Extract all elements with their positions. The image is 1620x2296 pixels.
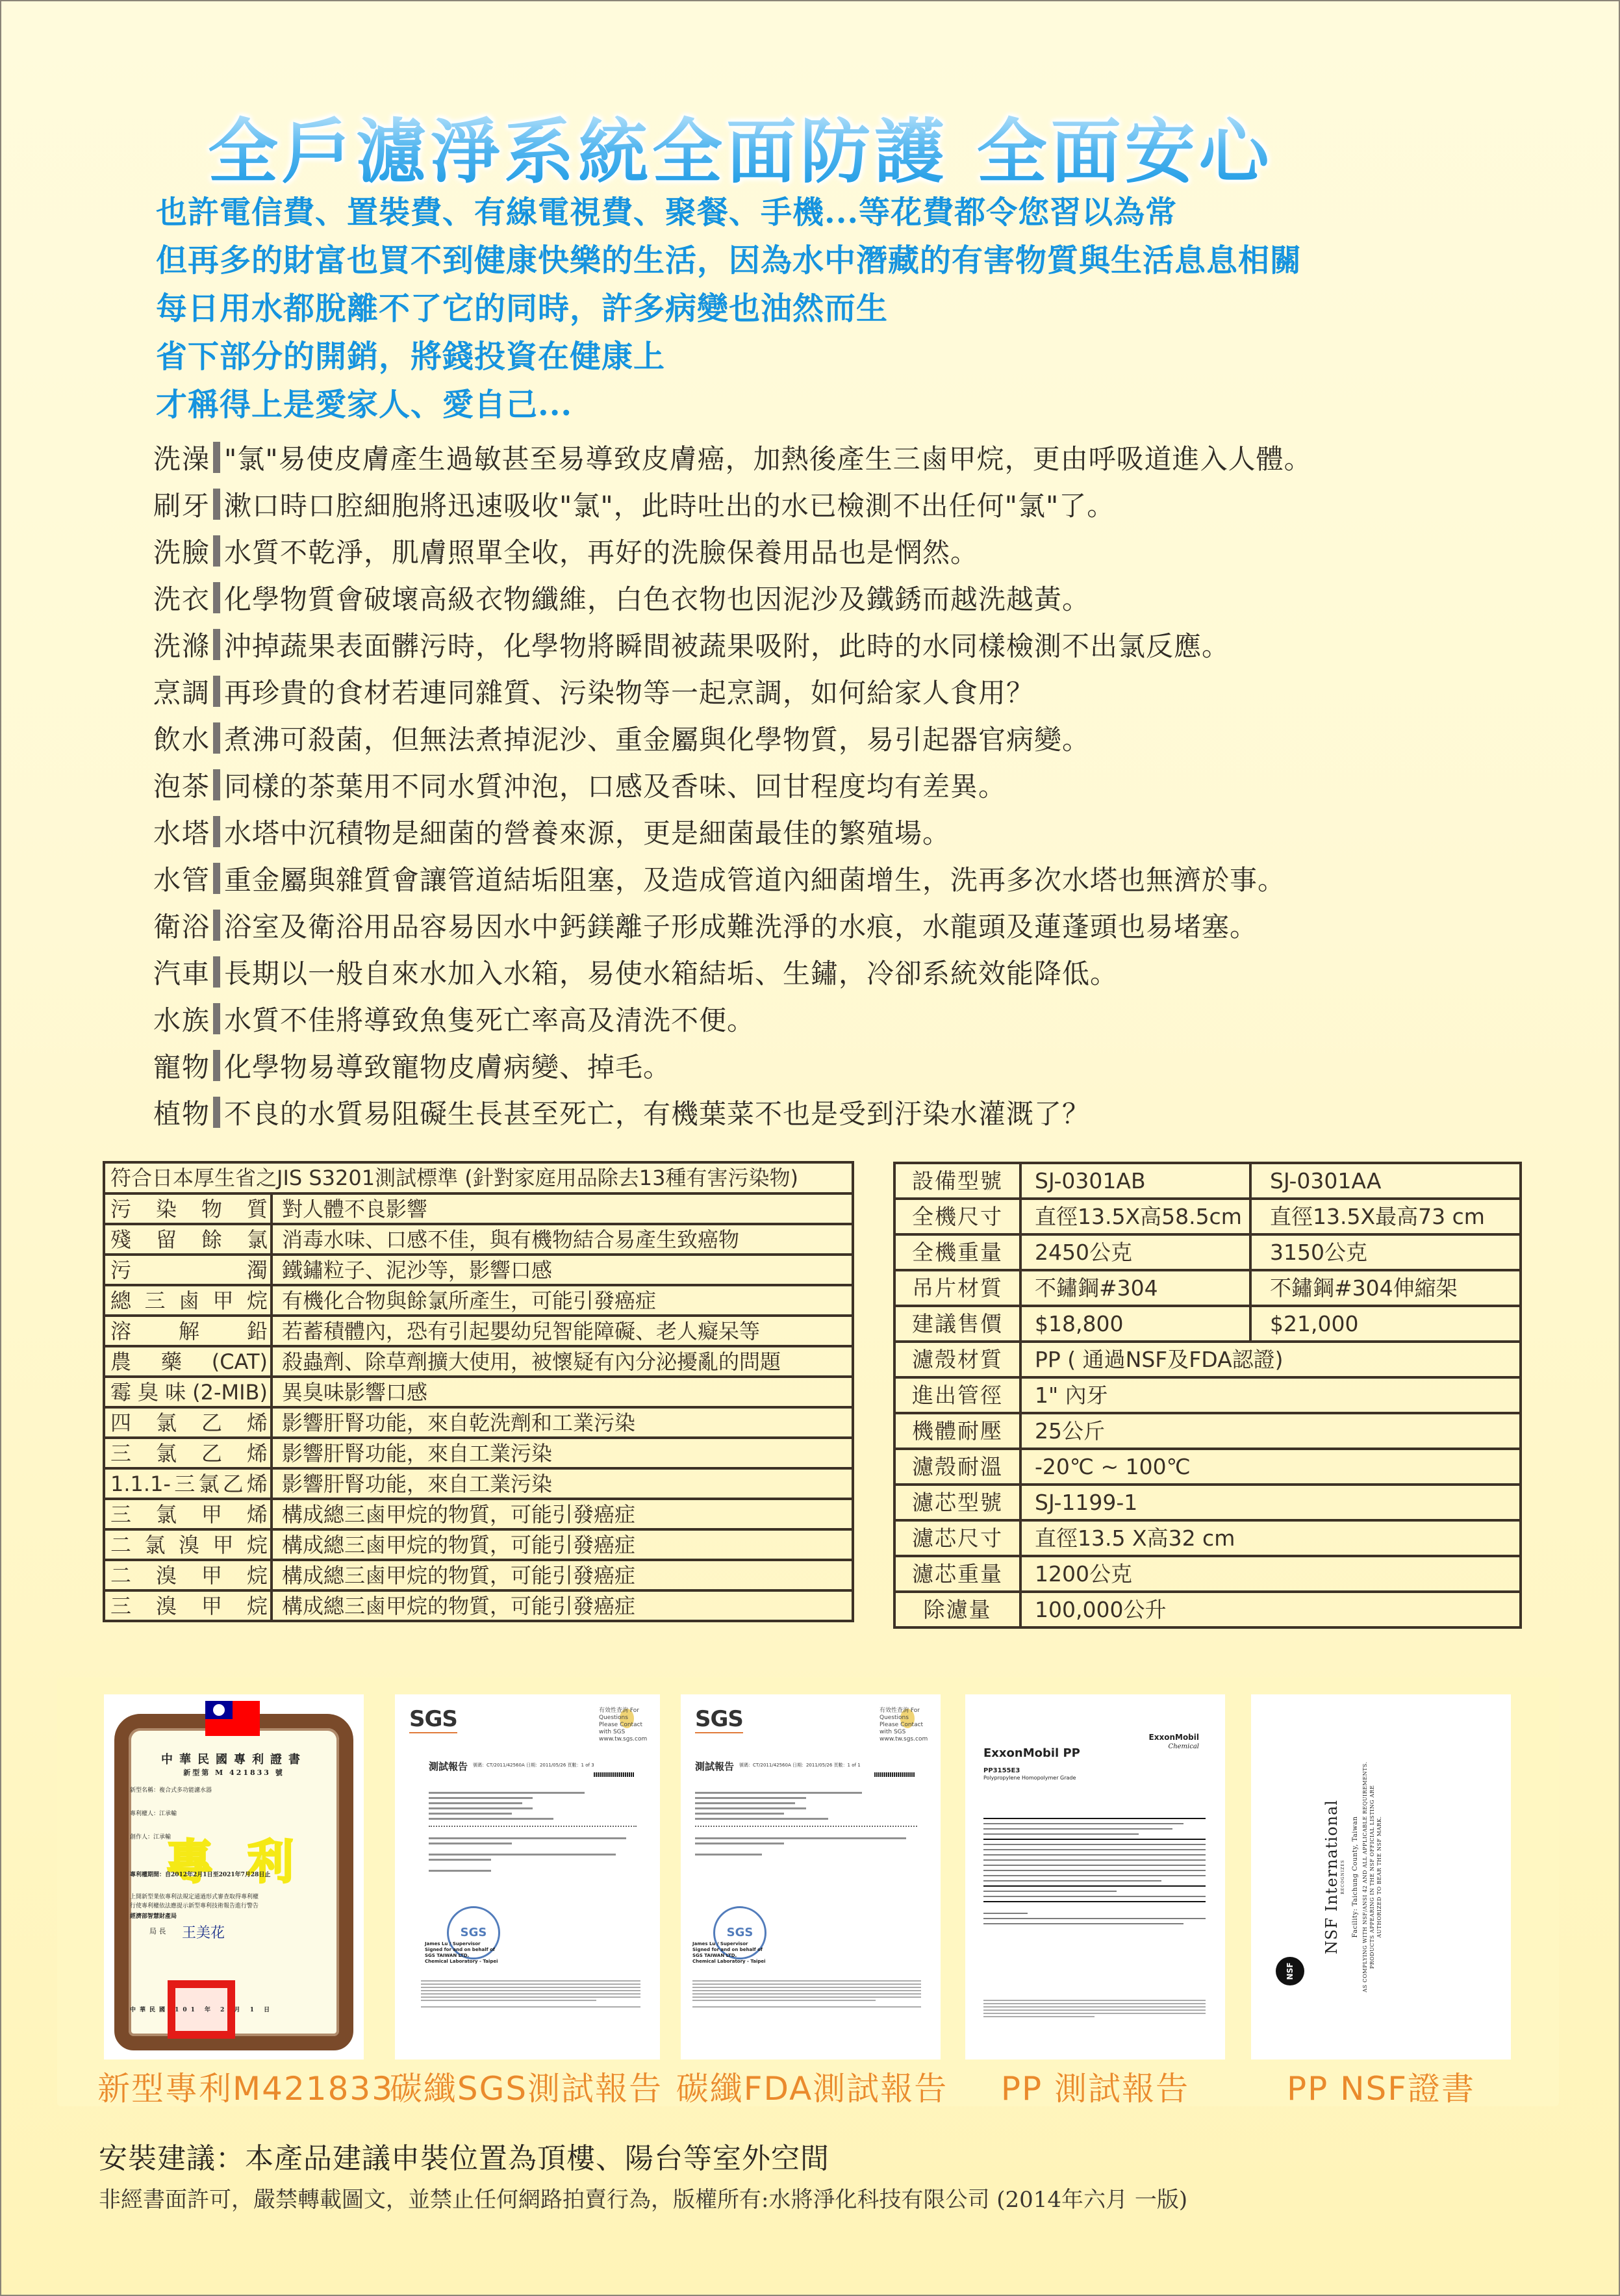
patent-date: 中華民國 101 年 2 月 1 日 — [130, 2005, 273, 2013]
separator-bar — [213, 722, 220, 754]
separator-bar — [213, 629, 220, 660]
substance-cell: 總三鹵甲烷 — [104, 1285, 272, 1316]
list-item: 洗滌沖掉蔬果表面髒污時，化學物將瞬間被蔬果吸附，此時的水同樣檢測不出氯反應。 — [153, 621, 1312, 668]
separator-bar — [213, 535, 220, 567]
patent-number: 新型第 M 421833 號 — [136, 1767, 331, 1778]
use-desc: 重金屬與雜質會讓管道結垢阻塞，及造成管道內細菌增生，洗再多次水塔也無濟於事。 — [224, 859, 1285, 898]
signer-line: SGS TAIWAN LTD. — [425, 1953, 498, 1959]
nsf-line: AUTHORIZED TO BEAR THE NSF MARK. — [1376, 1708, 1383, 2046]
use-desc: 水質不佳將導致魚隻死亡率高及清洗不便。 — [224, 999, 755, 1038]
list-item: 水族水質不佳將導致魚隻死亡率高及清洗不便。 — [153, 995, 1312, 1042]
list-item: 洗衣化學物質會破壞高級衣物纖維，白色衣物也因泥沙及鐵銹而越洗越黃。 — [153, 574, 1312, 621]
table-row: 濾殼材質PP ( 通過NSF及FDA認證) — [894, 1342, 1521, 1377]
use-key: 水塔 — [153, 812, 210, 851]
nsf-certificate: NSF International RECOGNIZES Facility: T… — [1251, 1694, 1511, 2060]
table-row: 濾芯尺寸直徑13.5 X高32 cm — [894, 1520, 1521, 1556]
table-row: 濾殼耐溫-20℃ ~ 100℃ — [894, 1449, 1521, 1485]
nsf-logo-icon: NSF — [1276, 1957, 1304, 1985]
signer-line: Chemical Laboratory - Taipei — [425, 1959, 498, 1965]
table-row: 污濁鐵鏽粒子、泥沙等，影響口感 — [104, 1255, 853, 1285]
use-desc: "氯"易使皮膚產生過敏甚至易導致皮膚癌，加熱後產生三鹵甲烷，更由呼吸道進入人體。 — [224, 438, 1312, 477]
fine-print — [421, 1980, 640, 2009]
barcode-icon — [594, 1772, 634, 1777]
report-body — [695, 1792, 917, 1823]
spec-label: 除濾量 — [894, 1592, 1020, 1627]
effect-cell: 構成總三鹵甲烷的物質，可能引發癌症 — [272, 1499, 853, 1529]
table-row: 二氯溴甲烷構成總三鹵甲烷的物質，可能引發癌症 — [104, 1529, 853, 1560]
separator-bar — [213, 582, 220, 613]
table-row: 1.1.1-三氯乙烯影響肝腎功能，來自工業污染 — [104, 1468, 853, 1499]
use-key: 衛浴 — [153, 906, 210, 945]
report-body — [429, 1792, 637, 1823]
list-item: 水管重金屬與雜質會讓管道結垢阻塞，及造成管道內細菌增生，洗再多次水塔也無濟於事。 — [153, 855, 1312, 902]
substance-cell: 1.1.1-三氯乙烯 — [104, 1468, 272, 1499]
copyright-note: 非經書面許可，嚴禁轉載圖文，並禁止任何網路拍賣行為，版權所有:水將淨化科技有限公… — [99, 2182, 1187, 2213]
table-row: 全機重量2450公克3150公克 — [894, 1234, 1521, 1270]
spec-value: 1200公克 — [1020, 1556, 1521, 1592]
table-row: 進出管徑1" 內牙 — [894, 1377, 1521, 1413]
spec-value: 25公斤 — [1020, 1413, 1521, 1449]
nsf-sub: RECOGNIZES — [1341, 1708, 1345, 2046]
brand: ExxonMobil — [1149, 1733, 1199, 1742]
brand-sub: Chemical — [1169, 1743, 1199, 1750]
list-item: 水塔水塔中沉積物是細菌的營養來源，更是細菌最佳的繁殖場。 — [153, 808, 1312, 855]
substance-cell: 污濁 — [104, 1255, 272, 1285]
separator-bar — [213, 816, 220, 847]
separator-bar — [213, 956, 220, 988]
fda-report: SGS 有效性查詢 For Questions Please Contact w… — [681, 1694, 941, 2060]
table-row: 污染物質對人體不良影響 — [104, 1193, 853, 1224]
use-key: 水管 — [153, 859, 210, 898]
report-body — [695, 1837, 917, 1859]
patent-name-line: 新型名稱：複合式多功能濾水器 — [130, 1785, 212, 1794]
table-row: 農藥(CAT)殺蟲劑、除草劑擴大使用，被懷疑有內分泌擾亂的問題 — [104, 1346, 853, 1377]
spec-label: 濾芯型號 — [894, 1485, 1020, 1520]
barcode-icon — [874, 1772, 915, 1777]
patent-note-line: 上開新型業依專利法規定通過形式審查取得專利權 — [130, 1892, 259, 1900]
divider — [429, 1826, 637, 1827]
use-key: 洗臉 — [153, 531, 210, 570]
table-row: 機體耐壓25公斤 — [894, 1413, 1521, 1449]
use-desc: 煮沸可殺菌，但無法煮掉泥沙、重金屬與化學物質，易引起器官病變。 — [224, 719, 1090, 758]
patent-watermark: 利 — [247, 1824, 294, 1892]
use-desc: 化學物質會破壞高級衣物纖維，白色衣物也因泥沙及鐵銹而越洗越黃。 — [224, 578, 1090, 617]
patent-creator-line: 創作人：江承輸 — [130, 1832, 171, 1841]
install-note: 安裝建議：本產品建議申裝位置為頂樓、陽台等室外空間 — [99, 2135, 829, 2176]
signer-line: Signed for and on behalf of — [692, 1947, 766, 1953]
list-item: 烹調再珍貴的食材若連同雜質、污染物等一起烹調，如何給家人食用？ — [153, 668, 1312, 715]
report-meta: 號碼：CT/2011/42560A 日期：2011/05/26 頁數：1 of … — [739, 1762, 861, 1768]
spec-label: 進出管徑 — [894, 1377, 1020, 1413]
substance-cell: 溶解鉛 — [104, 1316, 272, 1346]
table-row: 建議售價$18,800$21,000 — [894, 1306, 1521, 1342]
patent-certificate: 專 利 中華民國專利證書 新型第 M 421833 號 新型名稱：複合式多功能濾… — [104, 1694, 364, 2060]
list-item: 飲水煮沸可殺菌，但無法煮掉泥沙、重金屬與化學物質，易引起器官病變。 — [153, 715, 1312, 761]
report-signer: James Lu / Supervisor Signed for and on … — [425, 1941, 498, 1965]
water-uses-list: 洗澡"氯"易使皮膚產生過敏甚至易導致皮膚癌，加熱後產生三鹵甲烷，更由呼吸道進入人… — [153, 434, 1312, 1136]
substance-cell: 四氯乙烯 — [104, 1407, 272, 1438]
substance-cell: 霉臭味(2-MIB) — [104, 1377, 272, 1407]
spec-value: 100,000公升 — [1020, 1592, 1521, 1627]
spec-table: 設備型號SJ-0301ABSJ-0301AA 全機尺寸直徑13.5X高58.5c… — [893, 1162, 1522, 1629]
table-row: 總三鹵甲烷有機化合物與餘氯所產生，可能引發癌症 — [104, 1285, 853, 1316]
intro-block: 也許電信費、置裝費、有線電視費、聚餐、手機...等花費都令您習以為常 但再多的財… — [156, 188, 1302, 429]
use-key: 汽車 — [153, 952, 210, 991]
grade-code: PP3155E3 — [983, 1767, 1076, 1774]
spec-label: 濾殼材質 — [894, 1342, 1020, 1377]
separator-bar — [213, 769, 220, 800]
report-title: ExxonMobil PP — [983, 1746, 1080, 1760]
pp-test-report: ExxonMobil Chemical ExxonMobil PP PP3155… — [965, 1694, 1225, 2060]
nsf-line: PRODUCTS APPEARING IN THE NSF OFFICIAL L… — [1369, 1708, 1376, 2046]
effect-cell: 殺蟲劑、除草劑擴大使用，被懷疑有內分泌擾亂的問題 — [272, 1346, 853, 1377]
intro-line: 才稱得上是愛家人、愛自己... — [156, 381, 1302, 429]
effect-cell: 構成總三鹵甲烷的物質，可能引發癌症 — [272, 1590, 853, 1621]
effect-cell: 影響肝腎功能，來自工業污染 — [272, 1438, 853, 1468]
substance-cell: 殘留餘氯 — [104, 1224, 272, 1255]
properties-table — [983, 1817, 1206, 1928]
separator-bar — [213, 442, 220, 473]
signer-name: James Lu / Supervisor — [425, 1941, 498, 1947]
effect-cell: 鐵鏽粒子、泥沙等，影響口感 — [272, 1255, 853, 1285]
table-row: 設備型號SJ-0301ABSJ-0301AA — [894, 1163, 1521, 1199]
spec-value-aa: SJ-0301AA — [1250, 1163, 1521, 1199]
use-desc: 不良的水質易阻礙生長甚至死亡，有機葉菜不也是受到汙染水灌溉了？ — [224, 1093, 1090, 1132]
product-grade: PP3155E3 Polypropylene Homopolymer Grade — [983, 1767, 1076, 1781]
spec-label: 設備型號 — [894, 1163, 1020, 1199]
spec-label: 全機尺寸 — [894, 1199, 1020, 1234]
use-key: 寵物 — [153, 1046, 210, 1085]
substance-cell: 三溴甲烷 — [104, 1590, 272, 1621]
patent-owner-line: 專利權人：江承輸 — [130, 1809, 177, 1817]
spec-value-aa: $21,000 — [1250, 1306, 1521, 1342]
list-item: 泡茶同樣的茶葉用不同水質沖泡，口感及香味、回甘程度均有差異。 — [153, 761, 1312, 808]
spec-value: SJ-1199-1 — [1020, 1485, 1521, 1520]
substance-cell: 三氯甲烯 — [104, 1499, 272, 1529]
spec-value-ab: 2450公克 — [1020, 1234, 1250, 1270]
use-key: 洗澡 — [153, 438, 210, 477]
effect-cell: 影響肝腎功能，來自工業污染 — [272, 1468, 853, 1499]
fine-print — [983, 2000, 1206, 2019]
report-body — [429, 1837, 637, 1875]
effect-cell: 異臭味影響口感 — [272, 1377, 853, 1407]
spec-value: -20℃ ~ 100℃ — [1020, 1449, 1521, 1485]
spec-label: 濾殼耐溫 — [894, 1449, 1020, 1485]
cert-label: PP 測試報告 — [965, 2066, 1225, 2111]
table-row: 吊片材質不鏽鋼#304不鏽鋼#304伸縮架 — [894, 1270, 1521, 1306]
table-row: 霉臭味(2-MIB)異臭味影響口感 — [104, 1377, 853, 1407]
sgs-report: SGS 有效性查詢 For Questions Please Contact w… — [395, 1694, 660, 2060]
cert-label: 碳纖SGS測試報告 — [383, 2066, 669, 2111]
table-header-row: 符合日本厚生省之JIS S3201測試標準 (針對家庭用品除去13種有害污染物) — [104, 1162, 853, 1193]
use-key: 飲水 — [153, 719, 210, 758]
signer-line: Signed for and on behalf of — [425, 1947, 498, 1953]
nsf-facility: Facility: Taichung County, Taiwan — [1352, 1708, 1359, 2046]
substance-cell: 二溴甲烷 — [104, 1560, 272, 1590]
patent-office: 經濟部智慧財產局 — [130, 1911, 177, 1920]
use-desc: 沖掉蔬果表面髒污時，化學物將瞬間被蔬果吸附，此時的水同樣檢測不出氯反應。 — [224, 625, 1230, 664]
list-item: 植物不良的水質易阻礙生長甚至死亡，有機葉菜不也是受到汙染水灌溉了？ — [153, 1089, 1312, 1136]
sgs-logo: SGS — [409, 1706, 457, 1733]
table-row: 三氯甲烯構成總三鹵甲烷的物質，可能引發癌症 — [104, 1499, 853, 1529]
cert-label: 碳纖FDA測試報告 — [676, 2066, 948, 2111]
spec-value: PP ( 通過NSF及FDA認證) — [1020, 1342, 1521, 1377]
separator-bar — [213, 1097, 220, 1128]
spec-value-aa: 直徑13.5X最高73 cm — [1250, 1199, 1521, 1234]
sgs-logo: SGS — [695, 1706, 743, 1733]
effect-cell: 對人體不良影響 — [272, 1193, 853, 1224]
spec-label: 機體耐壓 — [894, 1413, 1020, 1449]
signer-name: James Lu / Supervisor — [692, 1941, 766, 1947]
use-desc: 再珍貴的食材若連同雜質、污染物等一起烹調，如何給家人食用？ — [224, 672, 1034, 711]
spec-value-ab: 直徑13.5X高58.5cm — [1020, 1199, 1250, 1234]
effect-cell: 有機化合物與餘氯所產生，可能引發癌症 — [272, 1285, 853, 1316]
table-row: 三氯乙烯影響肝腎功能，來自工業污染 — [104, 1438, 853, 1468]
use-key: 刷牙 — [153, 485, 210, 524]
spec-value-aa: 3150公克 — [1250, 1234, 1521, 1270]
use-key: 泡茶 — [153, 765, 210, 804]
table-header: 符合日本厚生省之JIS S3201測試標準 (針對家庭用品除去13種有害污染物) — [104, 1162, 853, 1193]
effect-cell: 影響肝腎功能，來自乾洗劑和工業污染 — [272, 1407, 853, 1438]
use-desc: 漱口時口腔細胞將迅速吸收"氯"，此時吐出的水已檢測不出任何"氯"了。 — [224, 485, 1115, 524]
grade-desc: Polypropylene Homopolymer Grade — [983, 1774, 1076, 1781]
table-row: 全機尺寸直徑13.5X高58.5cm直徑13.5X最高73 cm — [894, 1199, 1521, 1234]
patent-director-title: 局 長 — [149, 1926, 166, 1936]
intro-line: 省下部分的開銷，將錢投資在健康上 — [156, 333, 1302, 381]
spec-label: 濾芯尺寸 — [894, 1520, 1020, 1556]
effect-cell: 消毒水味、口感不佳，與有機物結合易產生致癌物 — [272, 1224, 853, 1255]
patent-period-line: 專利權期間：自2012年2月1日至2021年7月28日止 — [130, 1870, 270, 1878]
list-item: 衛浴浴室及衛浴用品容易因水中鈣鎂離子形成難洗淨的水痕，水龍頭及蓮蓬頭也易堵塞。 — [153, 902, 1312, 949]
exxonmobil-logo: ExxonMobil Chemical — [1149, 1733, 1199, 1751]
separator-bar — [213, 676, 220, 707]
spec-label: 全機重量 — [894, 1234, 1020, 1270]
intro-line: 也許電信費、置裝費、有線電視費、聚餐、手機...等花費都令您習以為常 — [156, 188, 1302, 236]
substance-cell: 二氯溴甲烷 — [104, 1529, 272, 1560]
use-desc: 長期以一般自來水加入水箱，易使水箱結垢、生鏽，冷卻系統效能降低。 — [224, 952, 1118, 991]
report-title: 測試報告 — [695, 1759, 734, 1773]
spec-label: 濾芯重量 — [894, 1556, 1020, 1592]
use-desc: 水質不乾淨，肌膚照單全收，再好的洗臉保養用品也是惘然。 — [224, 531, 978, 570]
use-key: 洗衣 — [153, 578, 210, 617]
intro-line: 每日用水都脫離不了它的同時，許多病變也油然而生 — [156, 285, 1302, 333]
spec-value-ab: 不鏽鋼#304 — [1020, 1270, 1250, 1306]
patent-signature: 王美花 — [182, 1922, 225, 1942]
table-row: 三溴甲烷構成總三鹵甲烷的物質，可能引發癌症 — [104, 1590, 853, 1621]
patent-note-line: 行使專利權依法應提示新型專利技術報告進行警告 — [130, 1901, 259, 1909]
report-signer: James Lu / Supervisor Signed for and on … — [692, 1941, 766, 1965]
nsf-content: NSF International RECOGNIZES Facility: T… — [1323, 1708, 1439, 2046]
cert-label: 新型專利M421833 — [97, 2066, 370, 2111]
separator-bar — [213, 1003, 220, 1034]
use-key: 水族 — [153, 999, 210, 1038]
report-meta: 號碼：CT/2011/42560A 日期：2011/05/26 頁數：1 of … — [473, 1762, 594, 1768]
list-item: 汽車長期以一般自來水加入水箱，易使水箱結垢、生鏽，冷卻系統效能降低。 — [153, 949, 1312, 995]
headline: 全戶濾淨系統全面防護 全面安心 — [208, 110, 1442, 195]
sgs-hint: 有效性查詢 For Questions Please Contact with … — [880, 1707, 929, 1743]
intro-line: 但再多的財富也買不到健康快樂的生活，因為水中潛藏的有害物質與生活息息相關 — [156, 236, 1302, 285]
table-row: 濾芯重量1200公克 — [894, 1556, 1521, 1592]
use-desc: 浴室及衛浴用品容易因水中鈣鎂離子形成難洗淨的水痕，水龍頭及蓮蓬頭也易堵塞。 — [224, 906, 1258, 945]
table-row: 濾芯型號SJ-1199-1 — [894, 1485, 1521, 1520]
spec-value-ab: SJ-0301AB — [1020, 1163, 1250, 1199]
use-desc: 水塔中沉積物是細菌的營養來源，更是細菌最佳的繁殖場。 — [224, 812, 950, 851]
use-key: 植物 — [153, 1093, 210, 1132]
table-row: 二溴甲烷構成總三鹵甲烷的物質，可能引發癌症 — [104, 1560, 853, 1590]
divider — [695, 1826, 917, 1827]
table-row: 除濾量100,000公升 — [894, 1592, 1521, 1627]
effect-cell: 若蓄積體內，恐有引起嬰幼兒智能障礙、老人癡呆等 — [272, 1316, 853, 1346]
use-desc: 化學物易導致寵物皮膚病變、掉毛。 — [224, 1046, 671, 1085]
list-item: 刷牙漱口時口腔細胞將迅速吸收"氯"，此時吐出的水已檢測不出任何"氯"了。 — [153, 481, 1312, 528]
taiwan-flag-icon — [205, 1701, 260, 1736]
substance-cell: 農藥(CAT) — [104, 1346, 272, 1377]
table-row: 殘留餘氯消毒水味、口感不佳，與有機物結合易產生致癌物 — [104, 1224, 853, 1255]
list-item: 洗臉水質不乾淨，肌膚照單全收，再好的洗臉保養用品也是惘然。 — [153, 528, 1312, 574]
signer-line: Chemical Laboratory - Taipei — [692, 1959, 766, 1965]
fine-print — [692, 1980, 921, 2009]
separator-bar — [213, 863, 220, 894]
list-item: 洗澡"氯"易使皮膚產生過敏甚至易導致皮膚癌，加熱後產生三鹵甲烷，更由呼吸道進入人… — [153, 434, 1312, 481]
effect-cell: 構成總三鹵甲烷的物質，可能引發癌症 — [272, 1529, 853, 1560]
spec-label: 建議售價 — [894, 1306, 1020, 1342]
signer-line: SGS TAIWAN LTD. — [692, 1953, 766, 1959]
report-title: 測試報告 — [429, 1759, 468, 1773]
spec-value-aa: 不鏽鋼#304伸縮架 — [1250, 1270, 1521, 1306]
use-desc: 同樣的茶葉用不同水質沖泡，口感及香味、回甘程度均有差異。 — [224, 765, 1006, 804]
patent-title: 中華民國專利證書 — [136, 1750, 331, 1767]
spec-value: 直徑13.5 X高32 cm — [1020, 1520, 1521, 1556]
sgs-hint: 有效性查詢 For Questions Please Contact with … — [599, 1707, 648, 1743]
table-row: 溶解鉛若蓄積體內，恐有引起嬰幼兒智能障礙、老人癡呆等 — [104, 1316, 853, 1346]
list-item: 寵物化學物易導致寵物皮膚病變、掉毛。 — [153, 1042, 1312, 1089]
spec-value: 1" 內牙 — [1020, 1377, 1521, 1413]
use-key: 烹調 — [153, 672, 210, 711]
separator-bar — [213, 489, 220, 520]
separator-bar — [213, 910, 220, 941]
use-key: 洗滌 — [153, 625, 210, 664]
substance-cell: 污染物質 — [104, 1193, 272, 1224]
table-row: 四氯乙烯影響肝腎功能，來自乾洗劑和工業污染 — [104, 1407, 853, 1438]
spec-value-ab: $18,800 — [1020, 1306, 1250, 1342]
spec-label: 吊片材質 — [894, 1270, 1020, 1306]
contaminant-table: 符合日本厚生省之JIS S3201測試標準 (針對家庭用品除去13種有害污染物)… — [103, 1161, 854, 1622]
separator-bar — [213, 1050, 220, 1081]
nsf-line: AS COMPLYING WITH NSF/ANSI 42 AND ALL AP… — [1361, 1708, 1369, 2046]
patent-watermark: 專 — [166, 1824, 213, 1892]
cert-label: PP NSF證書 — [1251, 2066, 1511, 2111]
effect-cell: 構成總三鹵甲烷的物質，可能引發癌症 — [272, 1560, 853, 1590]
substance-cell: 三氯乙烯 — [104, 1438, 272, 1468]
nsf-title: NSF International — [1323, 1708, 1341, 2046]
